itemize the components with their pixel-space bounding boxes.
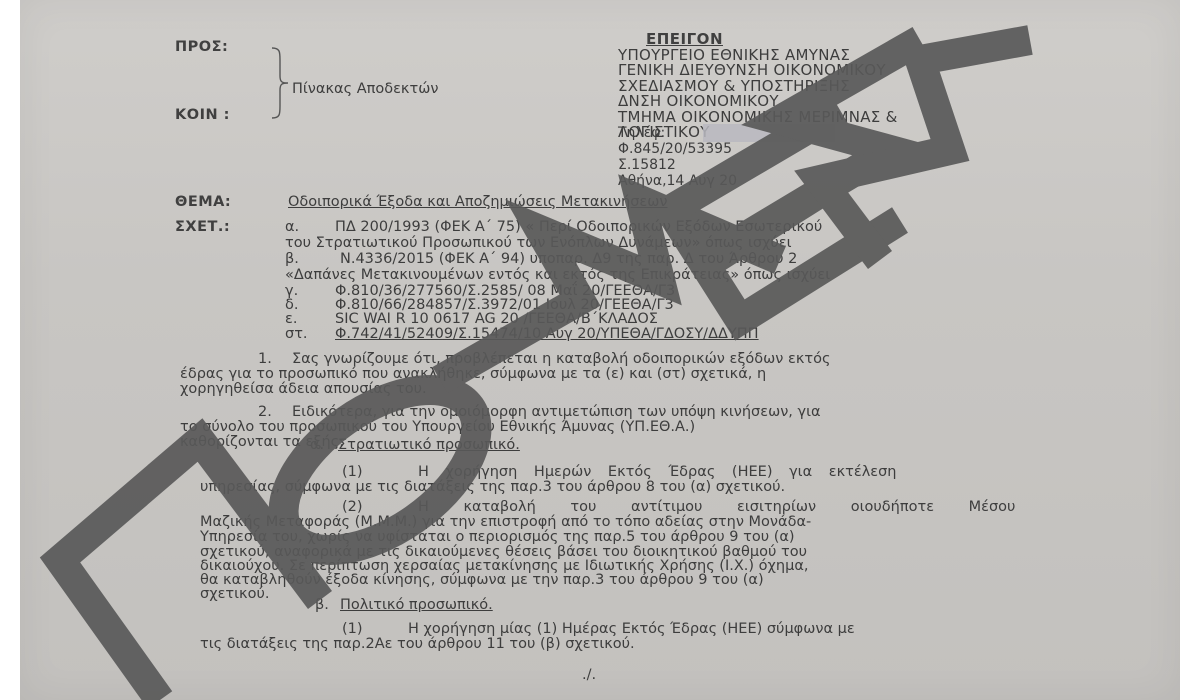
paragraph-line: Ειδικότερα, για την ομοιόμορφη αντιμετώπ… <box>292 405 821 420</box>
item-mark: (1) <box>342 465 363 480</box>
paragraph-number: 1. <box>258 352 272 367</box>
item-line: Υπηρεσία του, χωρίς να υφίσταται ο περιο… <box>200 530 795 545</box>
ref-mark: ε. <box>285 312 297 327</box>
file-number: Φ.845/20/53395 <box>618 142 732 157</box>
ref-mark: στ. <box>285 327 308 342</box>
item-mark: (2) <box>342 500 363 515</box>
references-label: ΣΧΕΤ.: <box>175 220 230 235</box>
document-photo: ΠΡΟΣ: Πίνακας Αποδεκτών ΚΟΙΝ : ΕΠΕΙΓΟΝ Υ… <box>20 0 1180 700</box>
ref-mark: α. <box>285 220 299 235</box>
paragraph-line: έδρας για το προσωπικό που ανακλήθηκε, σ… <box>180 367 766 382</box>
document-page: ΠΡΟΣ: Πίνακας Αποδεκτών ΚΟΙΝ : ΕΠΕΙΓΟΝ Υ… <box>20 0 1180 700</box>
brace-icon <box>270 46 292 120</box>
section-mark: α. <box>310 438 324 453</box>
place-date: Αθήνα,14 Αυγ 20 <box>618 174 737 189</box>
ref-text: Ν.4336/2015 (ΦΕΚ Α΄ 94) υποπαρ. Δ9 της π… <box>340 252 797 267</box>
item-line: τις διατάξεις της παρ.2Αε του άρθρου 11 … <box>200 637 635 652</box>
section-title: Στρατιωτικό προσωπικό. <box>338 438 520 453</box>
ref-text: Φ.742/41/52409/Σ.15474/10 Αυγ 20/ΥΠΕΘΑ/Γ… <box>335 327 759 342</box>
section-title: Πολιτικό προσωπικό. <box>340 598 493 613</box>
paragraph-line: Σας γνωρίζουμε ότι, προβλέπεται η καταβο… <box>292 352 831 367</box>
item-line: Η καταβολή του αντίτιμου εισιτηρίων οιου… <box>418 500 1015 515</box>
item-line: Μαζικής Μεταφοράς (Μ.Μ.Μ.) για την επιστ… <box>200 515 811 530</box>
section-mark: β. <box>315 598 329 613</box>
continuation-mark: ./. <box>582 668 596 683</box>
item-line: Η χορήγηση Ημερών Εκτός Έδρας (ΗΕΕ) για … <box>418 465 897 480</box>
item-line: σχετικού. <box>200 587 269 602</box>
paragraph-line: χορηγηθείσα άδεια απουσίας του. <box>180 382 427 397</box>
phone-label: Τηλέφ: <box>618 126 665 141</box>
subject-text: Οδοιπορικά Έξοδα και Αποζημιώσεις Μετακι… <box>288 195 668 210</box>
serial-number: Σ.15812 <box>618 158 676 173</box>
paragraph-line: το σύνολο του προσωπικού του Υπουργείου … <box>180 420 695 435</box>
to-label: ΠΡΟΣ: <box>175 40 228 55</box>
item-mark: (1) <box>342 622 363 637</box>
ref-cont: «Δαπάνες Μετακινουμένων εντός και εκτός … <box>285 268 830 283</box>
recipients-list: Πίνακας Αποδεκτών <box>292 82 438 97</box>
cc-label: ΚΟΙΝ : <box>175 108 230 123</box>
ref-text: ΠΔ 200/1993 (ΦΕΚ Α΄ 75) « Περί Οδοιπορικ… <box>335 220 1095 235</box>
paragraph-number: 2. <box>258 405 272 420</box>
ref-mark: β. <box>285 252 299 267</box>
redacted-phone <box>703 124 835 142</box>
item-line: Η χορήγηση μίας (1) Ημέρας Εκτός Έδρας (… <box>408 622 855 637</box>
subject-label: ΘΕΜΑ: <box>175 195 231 210</box>
ref-cont: του Στρατιωτικού Προσωπικού των Ενόπλων … <box>285 236 792 251</box>
item-line: θα καταβληθούν έξοδα κίνησης, σύμφωνα με… <box>200 573 764 588</box>
ref-text: SIC WAI R 10 0617 AG 20 /ΓΕΕΘΑ/Β΄ΚΛΑΔΟΣ <box>335 312 658 327</box>
item-line: υπηρεσίας, σύμφωνα με τις διατάξεις της … <box>200 480 785 495</box>
